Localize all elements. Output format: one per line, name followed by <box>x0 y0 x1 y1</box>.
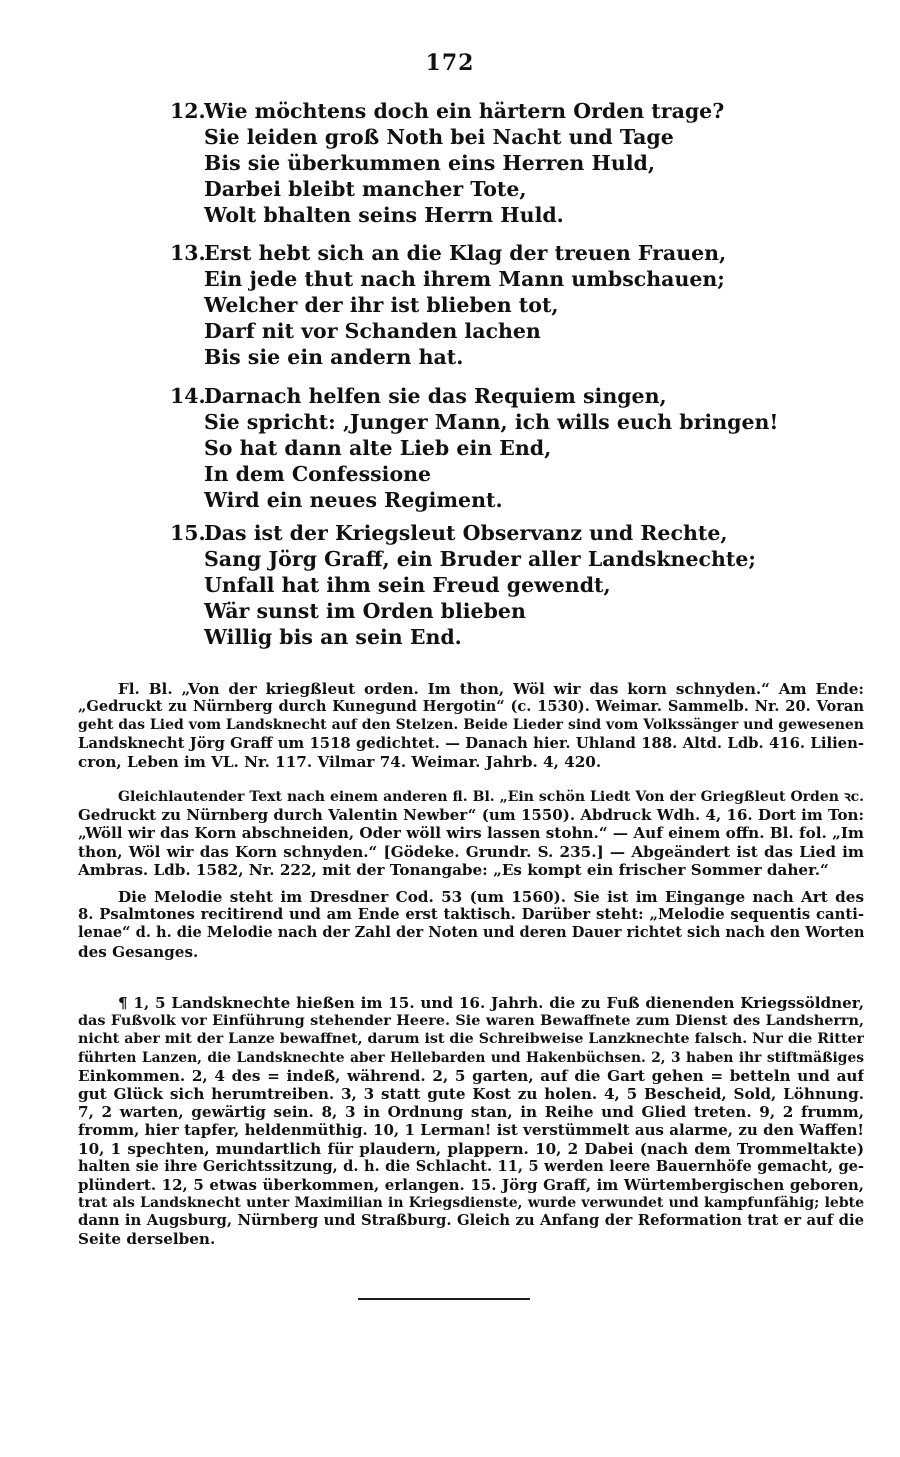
note-line: Einkommen. 2, 4 des = indeß, während. 2,… <box>78 1067 864 1085</box>
note-line: halten sie ihre Gerichtssitzung, d. h. d… <box>78 1158 864 1176</box>
note-line: führten Lanzen, die Landsknechte aber He… <box>78 1049 864 1067</box>
note-line: Fl. Bl. „Von der kriegßleut orden. Im th… <box>78 680 864 698</box>
verse-line: 14.Darnach helfen sie das Requiem singen… <box>170 383 790 409</box>
note-line: lenae“ d. h. die Melodie nach der Zahl d… <box>78 924 864 942</box>
note-line: „Gedruckt zu Nürnberg durch Kunegund Her… <box>78 698 864 716</box>
verse-line: Bis sie ein andern hat. <box>170 344 790 370</box>
verse-line: Wär sunst im Orden blieben <box>170 598 790 624</box>
note-line: Gedruckt zu Nürnberg durch Valentin Newb… <box>78 806 864 824</box>
note-line: ¶ 1, 5 Landsknechte hießen im 15. und 16… <box>78 994 864 1012</box>
note-variant: Gleichlautender Text nach einem anderen … <box>78 788 864 879</box>
note-line: des Gesanges. <box>78 943 864 961</box>
verse-line: 13.Erst hebt sich an die Klag der treuen… <box>170 240 790 266</box>
verse-line: Sang Jörg Graff, ein Bruder aller Landsk… <box>170 546 790 572</box>
verse-line: Darbei bleibt mancher Tote, <box>170 176 790 202</box>
verse-line: So hat dann alte Lieb ein End, <box>170 435 790 461</box>
verse-line: Welcher der ihr ist blieben tot, <box>170 292 790 318</box>
stanza-13: 13.Erst hebt sich an die Klag der treuen… <box>170 240 790 370</box>
stanza-15: 15.Das ist der Kriegsleut Observanz und … <box>170 520 790 650</box>
note-line: geht das Lied vom Landsknecht auf den St… <box>78 716 864 734</box>
note-line: „Wöll wir das Korn abschneiden, Oder wöl… <box>78 824 864 842</box>
note-line: gut Glück sich herumtreiben. 3, 3 statt … <box>78 1085 864 1103</box>
note-source: Fl. Bl. „Von der kriegßleut orden. Im th… <box>78 680 864 771</box>
note-line: trat als Landsknecht unter Maximilian in… <box>78 1194 864 1212</box>
note-line: plündert. 12, 5 etwas überkommen, erlang… <box>78 1176 864 1194</box>
note-line: cron, Leben im VL. Nr. 117. Vilmar 74. W… <box>78 753 864 771</box>
verse-line: Wird ein neues Regiment. <box>170 487 790 513</box>
note-line: das Fußvolk vor Einführung stehender Hee… <box>78 1012 864 1030</box>
note-line: dann in Augsburg, Nürnberg und Straßburg… <box>78 1212 864 1230</box>
note-line: fromm, hier tapfer, heldenmüthig. 10, 1 … <box>78 1121 864 1139</box>
stanza-number: 13. <box>170 240 204 266</box>
stanza-number: 12. <box>170 98 204 124</box>
verse-line: Willig bis an sein End. <box>170 624 790 650</box>
verse-line: 15.Das ist der Kriegsleut Observanz und … <box>170 520 790 546</box>
note-line: nicht aber mit der Lanze bewaffnet, daru… <box>78 1030 864 1048</box>
verse-line: Unfall hat ihm sein Freud gewendt, <box>170 572 790 598</box>
note-glossary: ¶ 1, 5 Landsknechte hießen im 15. und 16… <box>78 994 864 1249</box>
verse-line: 12.Wie möchtens doch ein härtern Orden t… <box>170 98 790 124</box>
stanza-12: 12.Wie möchtens doch ein härtern Orden t… <box>170 98 790 228</box>
note-line: Gleichlautender Text nach einem anderen … <box>78 788 864 806</box>
note-line: 8. Psalmtones recitirend und am Ende ers… <box>78 906 864 924</box>
verse-line: In dem Confessione <box>170 461 790 487</box>
verse-line: Bis sie überkummen eins Herren Huld, <box>170 150 790 176</box>
end-rule-divider <box>358 1298 530 1300</box>
verse-line: Darf nit vor Schanden lachen <box>170 318 790 344</box>
note-line: Ambras. Ldb. 1582, Nr. 222, mit der Tona… <box>78 861 864 879</box>
verse-line: Sie spricht: ‚Junger Mann, ich wills euc… <box>170 409 790 435</box>
stanza-14: 14.Darnach helfen sie das Requiem singen… <box>170 383 790 513</box>
verse-line: Sie leiden groß Noth bei Nacht und Tage <box>170 124 790 150</box>
note-line: Landsknecht Jörg Graff um 1518 gedichtet… <box>78 735 864 753</box>
note-line: thon, Wöl wir das Korn schnyden.“ [Gödek… <box>78 843 864 861</box>
note-line: 10, 1 spechten, mundartlich für plaudern… <box>78 1140 864 1158</box>
page-number: 172 <box>0 50 900 76</box>
stanza-number: 15. <box>170 520 204 546</box>
note-line: 7, 2 warten, gewärtig sein. 8, 3 in Ordn… <box>78 1103 864 1121</box>
note-line: Die Melodie steht im Dresdner Cod. 53 (u… <box>78 888 864 906</box>
note-line: Seite derselben. <box>78 1230 864 1248</box>
verse-line: Ein jede thut nach ihrem Mann umbschauen… <box>170 266 790 292</box>
stanza-number: 14. <box>170 383 204 409</box>
verse-line: Wolt bhalten seins Herrn Huld. <box>170 202 790 228</box>
note-melody: Die Melodie steht im Dresdner Cod. 53 (u… <box>78 888 864 961</box>
